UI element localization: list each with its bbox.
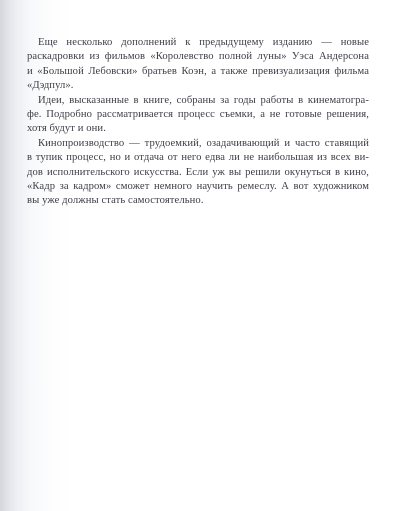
- text-block: Еще несколько дополнений к предыдущему и…: [27, 36, 369, 209]
- paragraph-ideas: Идеи, высказанные в книге, собраны за го…: [27, 94, 369, 137]
- paragraph-additions: Еще несколько дополнений к предыдущему и…: [27, 36, 369, 94]
- text-line: раскадровки из фильмов «Королевство полн…: [27, 50, 369, 64]
- text-line: «Дэдпул».: [27, 79, 369, 93]
- text-line: «Кадр за кадром» сможет немного научить …: [27, 180, 369, 194]
- text-line: фе. Подробно рассматривается процесс съе…: [27, 108, 369, 122]
- text-line: в тупик процесс, но и отдача от него едв…: [27, 151, 369, 165]
- text-line: Кинопроизводство — трудоемкий, озадачива…: [27, 137, 369, 151]
- text-line: вы уже должны стать самостоятельно.: [27, 194, 369, 208]
- text-line: и «Большой Лебовски» братьев Коэн, а так…: [27, 65, 369, 79]
- text-line: дов исполнительского искусства. Если уж …: [27, 166, 369, 180]
- book-page: Еще несколько дополнений к предыдущему и…: [0, 0, 410, 511]
- text-line: Еще несколько дополнений к предыдущему и…: [27, 36, 369, 50]
- paragraph-filmmaking: Кинопроизводство — трудоемкий, озадачива…: [27, 137, 369, 209]
- text-line: Идеи, высказанные в книге, собраны за го…: [27, 94, 369, 108]
- text-line: хотя будут и они.: [27, 122, 369, 136]
